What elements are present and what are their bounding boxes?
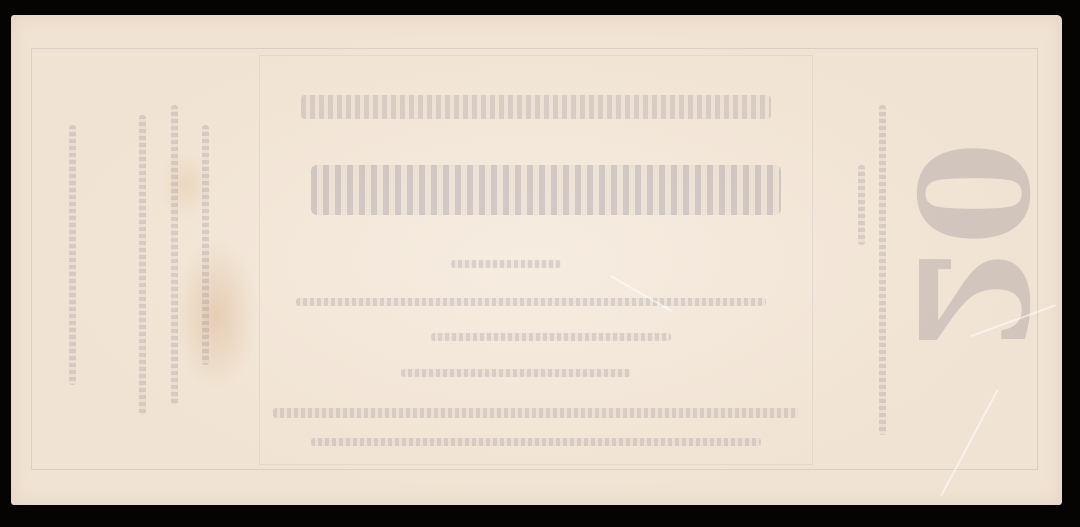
show-through-line	[451, 260, 561, 268]
show-through-line	[401, 369, 631, 377]
show-through-line	[296, 298, 766, 306]
show-through-vertical-text	[69, 125, 76, 385]
show-through-line	[273, 408, 798, 418]
banknote: 20	[11, 15, 1062, 505]
show-through-vertical-text	[202, 125, 209, 365]
show-through-denomination-words	[311, 165, 781, 215]
show-through-vertical-text	[858, 165, 865, 245]
show-through-heading	[301, 95, 771, 119]
show-through-vertical-text	[139, 115, 146, 415]
show-through-line	[311, 438, 761, 446]
show-through-line	[431, 333, 671, 341]
show-through-vertical-text	[171, 105, 178, 405]
denomination-numeral: 20	[886, 190, 1056, 350]
